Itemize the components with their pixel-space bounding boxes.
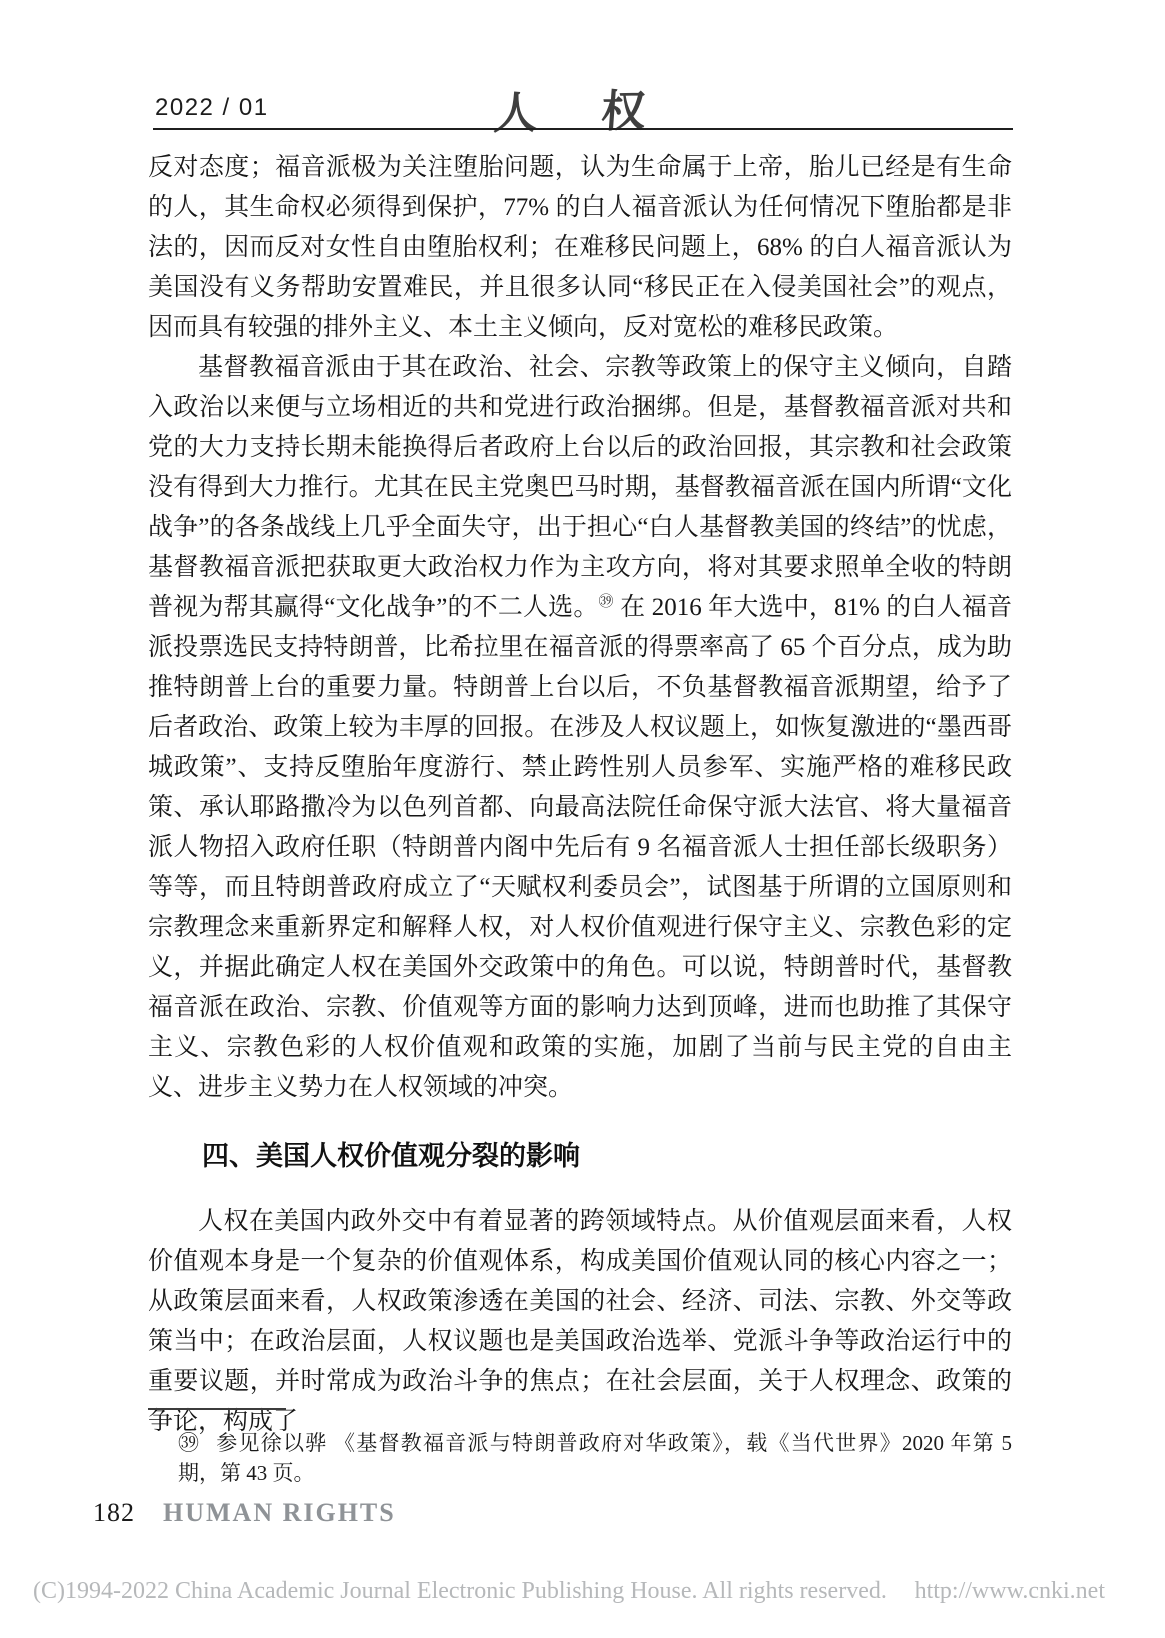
- copyright-text: (C)1994-2022 China Academic Journal Elec…: [33, 1578, 887, 1605]
- article-body: 反对态度；福音派极为关注堕胎问题，认为生命属于上帝，胎儿已经是有生命的人，其生命…: [148, 148, 1012, 1442]
- header-divider: [153, 128, 1013, 130]
- footnote: ㊴参见徐以骅 《基督教福音派与特朗普政府对华政策》，载《当代世界》2020 年第…: [148, 1428, 1012, 1488]
- footnote-area: ㊴参见徐以骅 《基督教福音派与特朗普政府对华政策》，载《当代世界》2020 年第…: [148, 1408, 1012, 1488]
- footnote-text: 参见徐以骅 《基督教福音派与特朗普政府对华政策》，载《当代世界》2020 年第 …: [178, 1431, 1012, 1485]
- footnote-marker: ㊴: [178, 1431, 200, 1455]
- footnote-ref-marker: ㊴: [599, 594, 614, 610]
- paragraph-text: 基督教福音派由于其在政治、社会、宗教等政策上的保守主义倾向，自踏入政治以来便与立…: [148, 354, 1012, 621]
- copyright-line: (C)1994-2022 China Academic Journal Elec…: [33, 1578, 1105, 1605]
- journal-logo: 人 权: [492, 74, 674, 141]
- paragraph-text: 在 2016 年大选中，81% 的白人福音派投票选民支持特朗普，比希拉里在福音派…: [148, 594, 1012, 1101]
- issue-label: 2022 / 01: [155, 94, 269, 122]
- paragraph: 人权在美国内政外交中有着显著的跨领域特点。从价值观层面来看，人权价值观本身是一个…: [148, 1202, 1012, 1442]
- page-number: 182: [93, 1498, 135, 1528]
- paragraph: 基督教福音派由于其在政治、社会、宗教等政策上的保守主义倾向，自踏入政治以来便与立…: [148, 348, 1012, 1108]
- page-footer: 182 HUMAN RIGHTS: [93, 1498, 396, 1528]
- section-heading: 四、美国人权价值观分裂的影响: [148, 1136, 1012, 1176]
- paragraph-continuation: 反对态度；福音派极为关注堕胎问题，认为生命属于上帝，胎儿已经是有生命的人，其生命…: [148, 148, 1012, 348]
- copyright-url: http://www.cnki.net: [915, 1578, 1105, 1605]
- journal-name-en: HUMAN RIGHTS: [163, 1498, 396, 1528]
- journal-page: 2022 / 01 人 权 反对态度；福音派极为关注堕胎问题，认为生命属于上帝，…: [0, 0, 1165, 1638]
- page-header: 2022 / 01 人 权: [153, 84, 1013, 128]
- footnote-divider: [148, 1408, 286, 1410]
